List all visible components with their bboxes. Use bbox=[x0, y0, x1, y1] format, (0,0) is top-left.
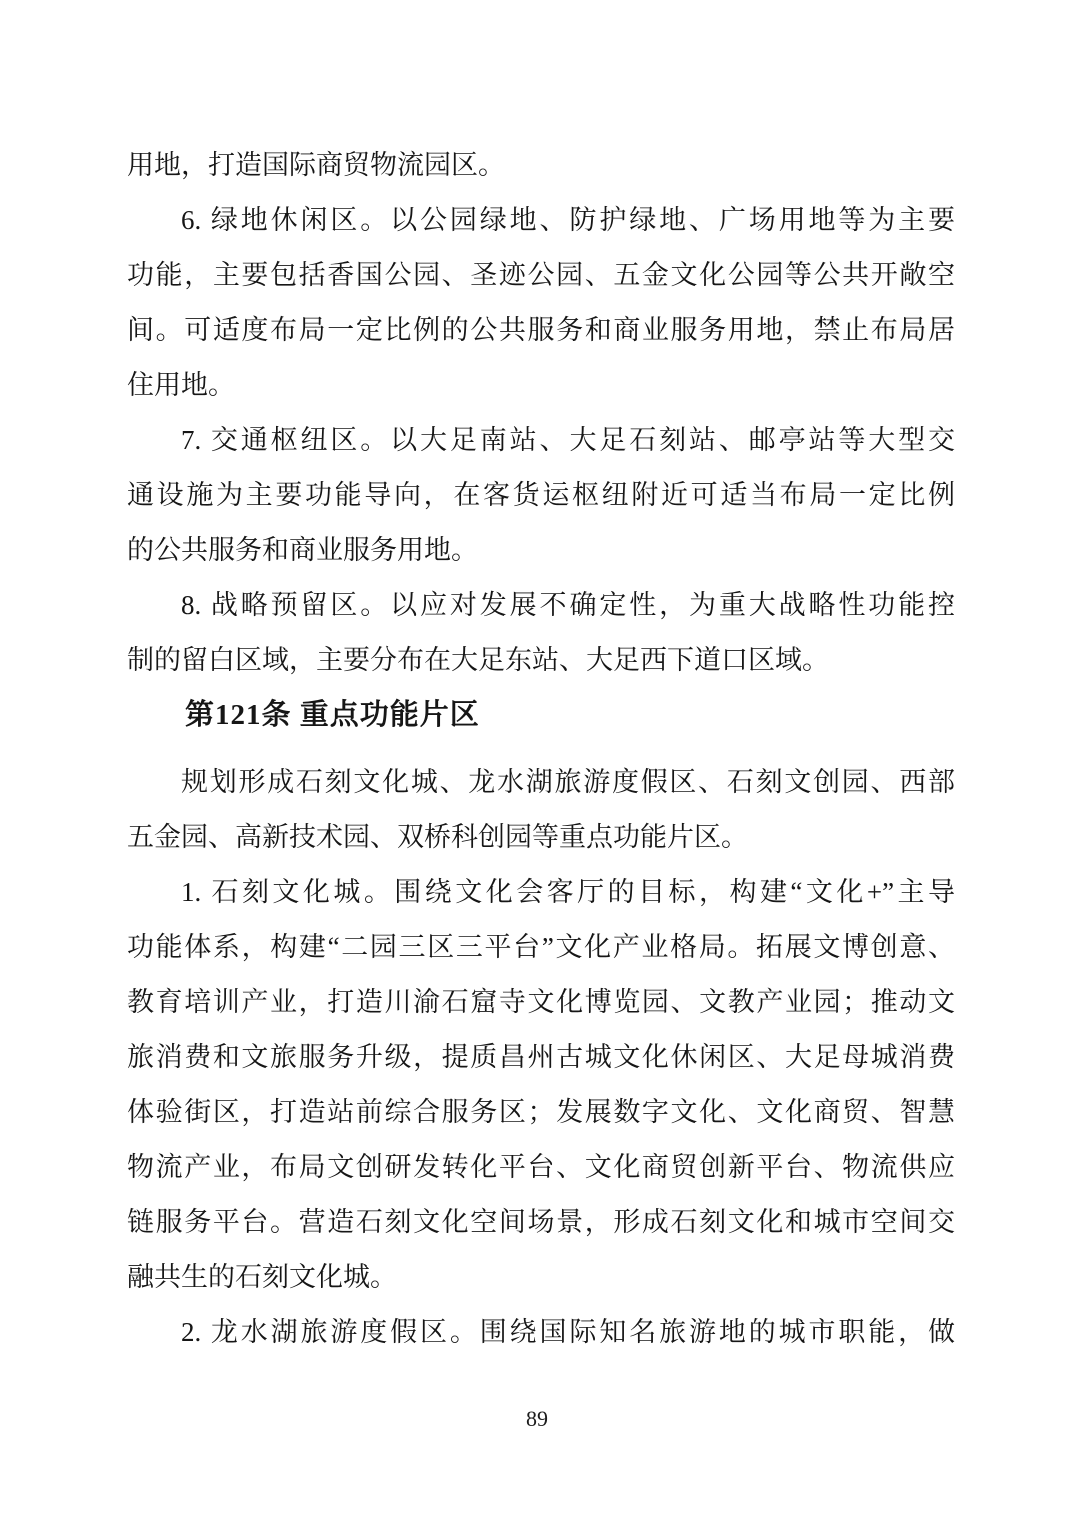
text-line: 2. 龙水湖旅游度假区。围绕国际知名旅游地的城市职能，做 bbox=[127, 1305, 955, 1360]
text-line: 功能，主要包括香国公园、圣迹公园、五金文化公园等公共开敞空 bbox=[127, 248, 955, 303]
text-line: 通设施为主要功能导向，在客货运枢纽附近可适当布局一定比例 bbox=[127, 468, 955, 523]
text-line: 物流产业，布局文创研发转化平台、文化商贸创新平台、物流供应 bbox=[127, 1140, 955, 1195]
text-line: 1. 石刻文化城。围绕文化会客厅的目标，构建“文化+”主导 bbox=[127, 865, 955, 920]
page-number: 89 bbox=[526, 1406, 548, 1431]
text-line: 6. 绿地休闲区。以公园绿地、防护绿地、广场用地等为主要 bbox=[127, 193, 955, 248]
text-line: 7. 交通枢纽区。以大足南站、大足石刻站、邮亭站等大型交 bbox=[127, 413, 955, 468]
text-line: 8. 战略预留区。以应对发展不确定性，为重大战略性功能控 bbox=[127, 578, 955, 633]
text-line: 住用地。 bbox=[127, 358, 955, 413]
text-line: 用地，打造国际商贸物流园区。 bbox=[127, 138, 955, 193]
document-body: 用地，打造国际商贸物流园区。6. 绿地休闲区。以公园绿地、防护绿地、广场用地等为… bbox=[127, 138, 955, 1360]
text-line: 体验街区，打造站前综合服务区；发展数字文化、文化商贸、智慧 bbox=[127, 1085, 955, 1140]
page-footer: 89 bbox=[0, 1406, 1074, 1432]
text-line: 五金园、高新技术园、双桥科创园等重点功能片区。 bbox=[127, 810, 955, 865]
text-line: 的公共服务和商业服务用地。 bbox=[127, 523, 955, 578]
text-line: 教育培训产业，打造川渝石窟寺文化博览园、文教产业园；推动文 bbox=[127, 975, 955, 1030]
text-line: 规划形成石刻文化城、龙水湖旅游度假区、石刻文创园、西部 bbox=[127, 755, 955, 810]
text-line: 功能体系，构建“二园三区三平台”文化产业格局。拓展文博创意、 bbox=[127, 920, 955, 975]
text-line: 链服务平台。营造石刻文化空间场景，形成石刻文化和城市空间交 bbox=[127, 1195, 955, 1250]
text-line: 旅消费和文旅服务升级，提质昌州古城文化休闲区、大足母城消费 bbox=[127, 1030, 955, 1085]
document-page: 用地，打造国际商贸物流园区。6. 绿地休闲区。以公园绿地、防护绿地、广场用地等为… bbox=[0, 0, 1074, 1520]
text-line: 制的留白区域，主要分布在大足东站、大足西下道口区域。 bbox=[127, 633, 955, 688]
text-line: 间。可适度布局一定比例的公共服务和商业服务用地，禁止布局居 bbox=[127, 303, 955, 358]
article-heading: 第121条 重点功能片区 bbox=[127, 688, 955, 743]
text-line: 融共生的石刻文化城。 bbox=[127, 1250, 955, 1305]
